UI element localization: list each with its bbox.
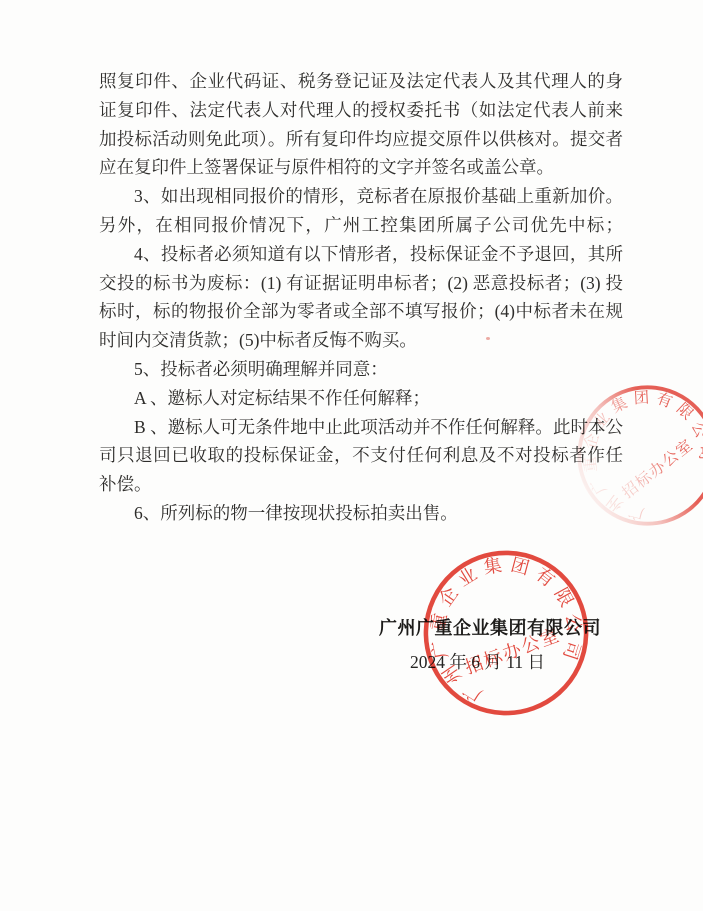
body-line: 另外，在相同报价情况下，广州工控集团所属子公司优先中标； (99, 211, 623, 240)
body-line: 交投的标书为废标：(1) 有证据证明串标者；(2) 恶意投标者；(3) 投 (99, 269, 623, 298)
body-line: 补偿。 (99, 470, 623, 499)
body-line: 证复印件、法定代表人对代理人的授权委托书（如法定代表人前来参 (99, 96, 623, 125)
signature-date: 2024 年 6 月 11 日 (410, 649, 545, 674)
body-line: 应在复印件上签署保证与原件相符的文字并签名或盖公章。 (99, 153, 623, 182)
body-line: B 、邀标人可无条件地中止此项活动并不作任何解释。此时本公 (99, 413, 623, 442)
body-line: 4、投标者必须知道有以下情形者，投标保证金不予退回，其所 (99, 240, 623, 269)
body-line: A 、邀标人对定标结果不作任何解释； (99, 384, 623, 413)
body-line: 6、所列标的物一律按现状投标拍卖出售。 (99, 499, 623, 528)
ink-speck (486, 337, 490, 340)
body-line: 标时，标的物报价全部为零者或全部不填写报价；(4)中标者未在规定 (99, 297, 623, 326)
paragraph-continuation: 照复印件、企业代码证、税务登记证及法定代表人及其代理人的身份 证复印件、法定代表… (99, 67, 623, 182)
body-line: 3、如出现相同报价的情形，竞标者在原报价基础上重新加价。 (99, 182, 623, 211)
body-line: 5、投标者必须明确理解并同意： (99, 355, 623, 384)
body-line: 时间内交清货款；(5)中标者反悔不购买。 (99, 326, 623, 355)
paragraph-item-5b: B 、邀标人可无条件地中止此项活动并不作任何解释。此时本公 司只退回已收取的投标… (99, 413, 623, 499)
body-line: 加投标活动则免此项）。所有复印件均应提交原件以供核对。提交者 (99, 125, 623, 154)
body-line: 照复印件、企业代码证、税务登记证及法定代表人及其代理人的身份 (99, 67, 623, 96)
body-line: 司只退回已收取的投标保证金，不支付任何利息及不对投标者作任何 (99, 441, 623, 470)
document-body: 照复印件、企业代码证、税务登记证及法定代表人及其代理人的身份 证复印件、法定代表… (99, 67, 623, 528)
paragraph-item-6: 6、所列标的物一律按现状投标拍卖出售。 (99, 499, 623, 528)
paragraph-item-5: 5、投标者必须明确理解并同意： (99, 355, 623, 384)
seal-center-text: 招标办公室 (618, 435, 697, 502)
signature-company-name: 广州广重企业集团有限公司 (379, 614, 601, 640)
paragraph-item-4: 4、投标者必须知道有以下情形者，投标保证金不予退回，其所 交投的标书为废标：(1… (99, 240, 623, 355)
paragraph-item-3: 3、如出现相同报价的情形，竞标者在原报价基础上重新加价。 另外，在相同报价情况下… (99, 182, 623, 240)
document-page: 照复印件、企业代码证、税务登记证及法定代表人及其代理人的身份 证复印件、法定代表… (0, 0, 703, 911)
paragraph-item-5a: A 、邀标人对定标结果不作任何解释； (99, 384, 623, 413)
